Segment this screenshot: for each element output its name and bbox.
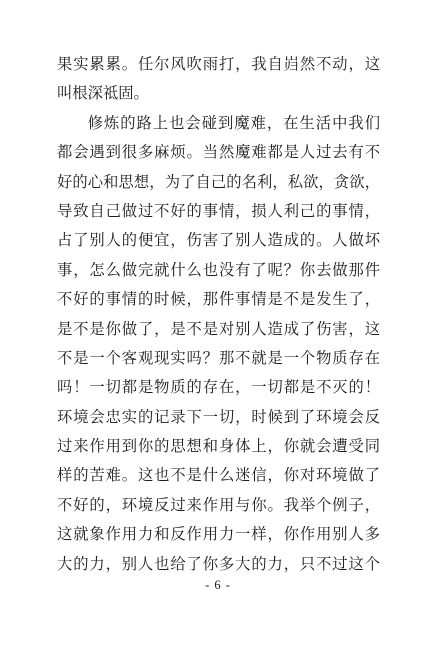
text-line: 不好的事情的时候，那件事情是不是发生了， [57, 285, 380, 314]
text-line: 不好的，环境反过来作用与你。我举个例子， [57, 491, 380, 520]
text-line: 好的心和思想，为了自己的名利，私欲，贪欲， [57, 168, 380, 197]
text-line: 占了别人的便宜，伤害了别人造成的。人做坏 [57, 226, 380, 255]
text-line: 过来作用到你的思想和身体上，你就会遭受同 [57, 432, 380, 461]
text-line: 环境会忠实的记录下一切，时候到了环境会反 [57, 403, 380, 432]
text-line: 修炼的路上也会碰到魔难，在生活中我们 [57, 109, 380, 138]
text-line: 不是一个客观现实吗？那不就是一个物质存在 [57, 344, 380, 373]
page-number: - 6 - [0, 578, 436, 593]
document-page: 果实累累。任尔风吹雨打，我自岿然不动，这叫根深祗固。修炼的路上也会碰到魔难，在生… [0, 0, 436, 656]
text-block: 果实累累。任尔风吹雨打，我自岿然不动，这叫根深祗固。修炼的路上也会碰到魔难，在生… [57, 50, 380, 579]
text-line: 是不是你做了，是不是对别人造成了伤害，这 [57, 315, 380, 344]
text-line: 果实累累。任尔风吹雨打，我自岿然不动，这 [57, 50, 380, 79]
text-line: 吗！一切都是物质的存在，一切都是不灭的！ [57, 373, 380, 402]
text-line: 导致自己做过不好的事情，损人利己的事情， [57, 197, 380, 226]
text-line: 大的力，别人也给了你多大的力，只不过这个 [57, 550, 380, 579]
text-line: 都会遇到很多麻烦。当然魔难都是人过去有不 [57, 138, 380, 167]
text-line: 这就象作用力和反作用力一样，你作用别人多 [57, 520, 380, 549]
text-line: 样的苦难。这也不是什么迷信，你对环境做了 [57, 461, 380, 490]
text-line: 叫根深祗固。 [57, 79, 380, 108]
text-line: 事，怎么做完就什么也没有了呢？你去做那件 [57, 256, 380, 285]
